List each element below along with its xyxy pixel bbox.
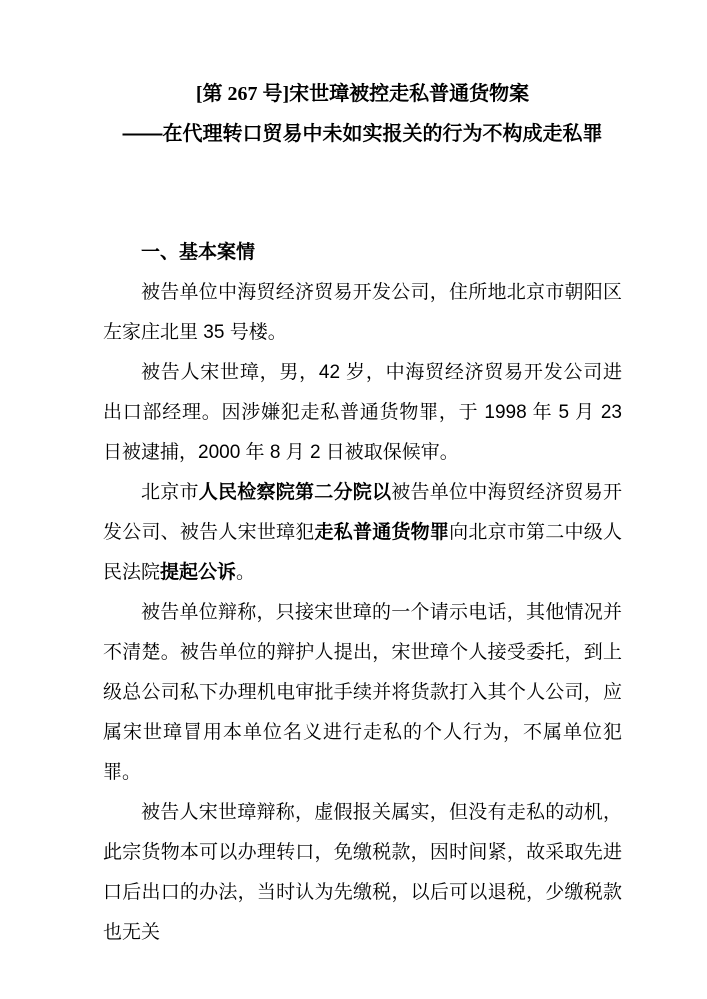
- paragraph: 被告单位中海贸经济贸易开发公司，住所地北京市朝阳区左家庄北里 35 号楼。: [103, 273, 622, 353]
- bold-text-run: 人民检察院第二分院以: [199, 482, 391, 503]
- paragraph: 被告人宋世璋，男，42 岁，中海贸经济贸易开发公司进出口部经理。因涉嫌犯走私普通…: [103, 353, 622, 473]
- document-title: [第 267 号]宋世璋被控走私普通货物案: [103, 74, 622, 114]
- paragraph: 被告单位辩称，只接宋世璋的一个请示电话，其他情况并不清楚。被告单位的辩护人提出，…: [103, 593, 622, 793]
- bold-text-run: 走私普通货物罪: [315, 522, 450, 543]
- bold-text-run: 提起公诉: [160, 562, 236, 583]
- document-subtitle: ——在代理转口贸易中未如实报关的行为不构成走私罪: [103, 114, 622, 154]
- paragraph: 北京市人民检察院第二分院以被告单位中海贸经济贸易开发公司、被告人宋世璋犯走私普通…: [103, 473, 622, 593]
- text-run: 被告人宋世璋，男，42 岁，中海贸经济贸易开发公司进出口部经理。因涉嫌犯走私普通…: [103, 362, 622, 463]
- document-body: 被告单位中海贸经济贸易开发公司，住所地北京市朝阳区左家庄北里 35 号楼。被告人…: [103, 273, 622, 953]
- paragraph: 被告人宋世璋辩称，虚假报关属实，但没有走私的动机，此宗货物本可以办理转口，免缴税…: [103, 793, 622, 953]
- text-run: 北京市: [141, 482, 199, 503]
- text-run: 被告单位中海贸经济贸易开发公司，住所地北京市朝阳区左家庄北里 35 号楼。: [103, 282, 622, 343]
- document-content: [第 267 号]宋世璋被控走私普通货物案 ——在代理转口贸易中未如实报关的行为…: [103, 74, 622, 953]
- section-heading: 一、基本案情: [103, 233, 622, 273]
- text-run: 被告人宋世璋辩称，虚假报关属实，但没有走私的动机，此宗货物本可以办理转口，免缴税…: [103, 802, 622, 943]
- document-page: [第 267 号]宋世璋被控走私普通货物案 ——在代理转口贸易中未如实报关的行为…: [0, 0, 707, 999]
- text-run: 被告单位辩称，只接宋世璋的一个请示电话，其他情况并不清楚。被告单位的辩护人提出，…: [103, 602, 622, 783]
- text-run: 。: [236, 562, 255, 583]
- title-body-gap: [103, 154, 622, 233]
